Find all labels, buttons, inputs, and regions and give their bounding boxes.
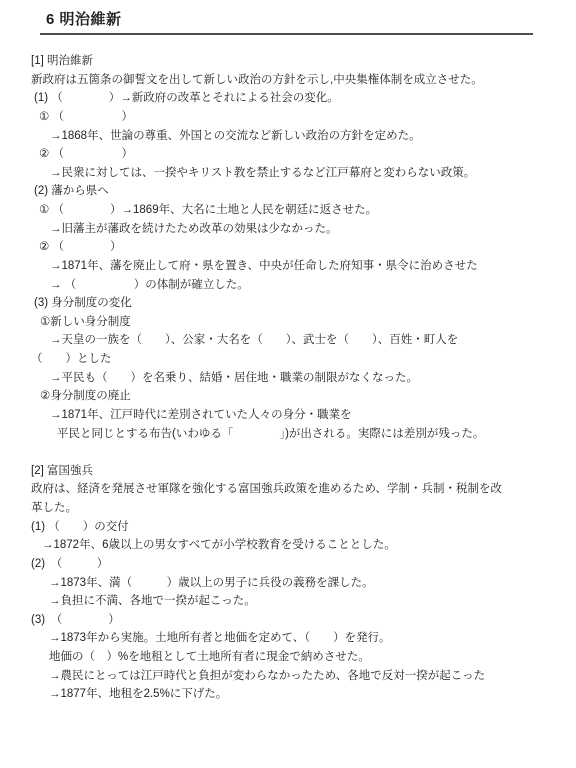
document-line: 地価の（ ）%を地租として土地所有者に現金で納めさせた。 [31,648,566,667]
document-line: ② （ ） [31,145,566,164]
document-line: (1) （ ）→新政府の改革とそれによる社会の変化。 [31,89,566,108]
document-line: (2) （ ） [31,555,566,574]
blank-line [31,443,566,462]
document-body: [1] 明治維新新政府は五箇条の御誓文を出して新しい政治の方針を示し,中央集権体… [31,52,566,704]
document-line: ① （ ） [31,108,566,127]
page-title: 6 明治維新 [46,8,122,29]
document-line: (1) （ ）の交付 [31,518,566,537]
title-divider [40,33,533,35]
document-line: (3) （ ） [31,611,566,630]
document-line: →旧藩主が藩政を続けたため改革の効果は少なかった。 [31,220,566,239]
document-line: →1868年、世論の尊重、外国との交流など新しい政治の方針を定めた。 [31,127,566,146]
document-line: 革した。 [31,499,566,518]
document-line: →1873年、満（ ）歳以上の男子に兵役の義務を課した。 [31,574,566,593]
document-line: →1871年、藩を廃止して府・県を置き、中央が任命した府知事・県令に治めさせた [31,257,566,276]
document-line: (3) 身分制度の変化 [31,294,566,313]
document-line: →農民にとっては江戸時代と負担が変わらなかったため、各地で反対一揆が起こった [31,667,566,686]
document-line: →1873年から実施。土地所有者と地価を定めて、（ ）を発行。 [31,629,566,648]
document-line: ①新しい身分制度 [31,313,566,332]
document-line: →1877年、地租を2.5%に下げた。 [31,685,566,704]
document-line: 平民と同じとする布告(いわゆる「 」)が出される。実際には差別が残った。 [31,425,566,444]
document-line: →天皇の一族を（ ）、公家・大名を（ ）、武士を（ ）、百姓・町人を [31,331,566,350]
document-line: →1871年、江戸時代に差別されていた人々の身分・職業を [31,406,566,425]
document-line: [1] 明治維新 [31,52,566,71]
document-line: （ ）とした [31,350,566,369]
document-line: →民衆に対しては、一揆やキリスト教を禁止するなど江戸幕府と変わらない政策。 [31,164,566,183]
document-line: ① （ ）→1869年、大名に土地と人民を朝廷に返させた。 [31,201,566,220]
document-line: (2) 藩から県へ [31,182,566,201]
document-line: →負担に不満、各地で一揆が起こった。 [31,592,566,611]
document-line: ② （ ） [31,238,566,257]
document-line: 政府は、経済を発展させ軍隊を強化する富国強兵政策を進めるため、学制・兵制・税制を… [31,480,566,499]
document-line: →平民も（ ）を名乗り、結婚・居住地・職業の制限がなくなった。 [31,369,566,388]
document-line: → （ ）の体制が確立した。 [31,276,566,295]
document-line: ②身分制度の廃止 [31,387,566,406]
document-line: [2] 富国強兵 [31,462,566,481]
document-line: →1872年、6歳以上の男女すべてが小学校教育を受けることとした。 [31,536,566,555]
document-page: 6 明治維新 [1] 明治維新新政府は五箇条の御誓文を出して新しい政治の方針を示… [0,0,576,768]
document-line: 新政府は五箇条の御誓文を出して新しい政治の方針を示し,中央集権体制を成立させた。 [31,71,566,90]
